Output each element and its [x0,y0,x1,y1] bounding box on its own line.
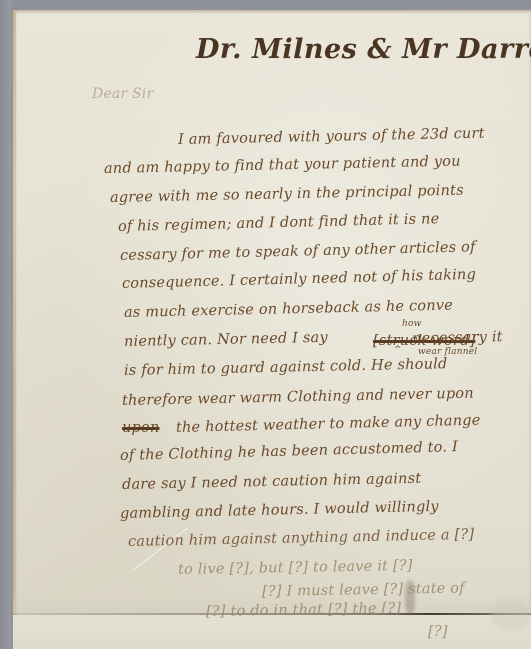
struck-line-start: upon [122,420,160,436]
interlinear-insertion-how: how [402,319,422,329]
letter-line-18: [?] to do in that [?] the [?] [206,601,402,620]
interlinear-insertion-flannel: wear flannel [418,347,477,357]
insertion-caret: ^ [394,345,402,355]
folded-paper-strip [13,615,531,649]
letter-line-8-end: necessary it [412,329,503,347]
catchword: [?] [428,624,448,640]
letter-salutation: Dear Sir [92,86,153,102]
letter-heading: Dr. Milnes & Mr Darrel [196,34,531,65]
paper-edge [13,10,16,649]
